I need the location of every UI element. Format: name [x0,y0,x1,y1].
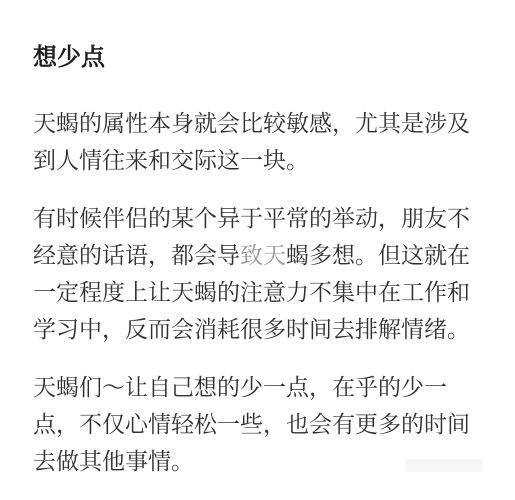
article-title: 想少点 [33,45,477,71]
paragraph-2: 有时候伴侣的某个异于平常的举动，朋友不经意的话语，都会导致天蝎多想。但这就在一定… [33,200,477,348]
paragraph-1: 天蝎的属性本身就会比较敏感，尤其是涉及到人情往来和交际这一块。 [33,105,477,179]
article-page: 想少点 天蝎的属性本身就会比较敏感，尤其是涉及到人情往来和交际这一块。 有时候伴… [0,0,515,500]
watermark-smudge [405,459,483,472]
paragraph-2-watermark-obscured-text: 致天 [240,242,286,268]
